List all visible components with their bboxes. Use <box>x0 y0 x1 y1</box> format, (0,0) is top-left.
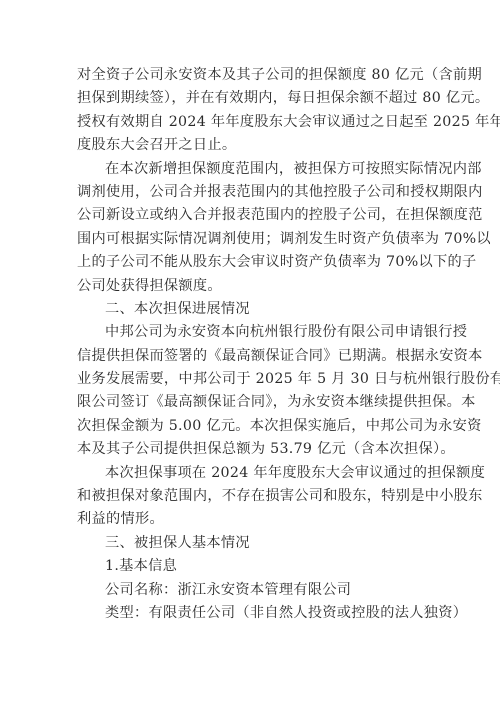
text-line: 担保到期续签），并在有效期内，每日担保余额不超过 80 亿元。 <box>77 87 424 110</box>
text-line: 调剂使用，公司合并报表范围内的其他控股子公司和授权期限内 <box>77 181 424 204</box>
paragraph-compliance-statement: 本次担保事项在 2024 年年度股东大会审议通过的担保额度 和被担保对象范围内，… <box>77 462 424 532</box>
paragraph-authorization-scope: 对全资子公司永安资本及其子公司的担保额度 80 亿元（含前期 担保到期续签），并… <box>77 64 424 158</box>
field-company-name: 公司名称：浙江永安资本管理有限公司 <box>77 579 424 602</box>
company-type-text: 类型：有限责任公司（非自然人投资或控股的法人独资） <box>77 602 424 625</box>
subsection-heading: 1.基本信息 <box>77 555 424 578</box>
text-line: 本次担保事项在 2024 年年度股东大会审议通过的担保额度 <box>77 462 424 485</box>
text-line: 在本次新增担保额度范围内，被担保方可按照实际情况内部 <box>77 158 424 181</box>
paragraph-guarantee-progress: 中邦公司为永安资本向杭州银行股份有限公司申请银行授 信提供担保而签署的《最高额保… <box>77 321 424 461</box>
document-page: 对全资子公司永安资本及其子公司的担保额度 80 亿元（含前期 担保到期续签），并… <box>77 64 424 625</box>
text-line: 和被担保对象范围内，不存在损害公司和股东，特别是中小股东 <box>77 485 424 508</box>
text-line: 次担保金额为 5.00 亿元。本次担保实施后，中邦公司为永安资 <box>77 415 424 438</box>
text-line: 利益的情形。 <box>77 508 424 531</box>
paragraph-adjustment-rules: 在本次新增担保额度范围内，被担保方可按照实际情况内部 调剂使用，公司合并报表范围… <box>77 158 424 298</box>
text-line: 度股东大会召开之日止。 <box>77 134 424 157</box>
section-heading: 三、被担保人基本情况 <box>77 532 424 555</box>
section-heading: 二、本次担保进展情况 <box>77 298 424 321</box>
text-line: 授权有效期自 2024 年年度股东大会审议通过之日起至 2025 年年 <box>77 111 424 134</box>
section-heading-guarantee-progress: 二、本次担保进展情况 <box>77 298 424 321</box>
text-line: 对全资子公司永安资本及其子公司的担保额度 80 亿元（含前期 <box>77 64 424 87</box>
text-line: 信提供担保而签署的《最高额保证合同》已期满。根据永安资本 <box>77 345 424 368</box>
company-name-text: 公司名称：浙江永安资本管理有限公司 <box>77 579 424 602</box>
field-company-type: 类型：有限责任公司（非自然人投资或控股的法人独资） <box>77 602 424 625</box>
text-line: 本及其子公司提供担保总额为 53.79 亿元（含本次担保）。 <box>77 438 424 461</box>
text-line: 中邦公司为永安资本向杭州银行股份有限公司申请银行授 <box>77 321 424 344</box>
text-line: 限公司签订《最高额保证合同》，为永安资本继续提供担保。本 <box>77 391 424 414</box>
text-line: 业务发展需要，中邦公司于 2025 年 5 月 30 日与杭州银行股份有 <box>77 368 424 391</box>
text-line: 公司处获得担保额度。 <box>77 275 424 298</box>
text-line: 围内可根据实际情况调剂使用；调剂发生时资产负债率为 70%以 <box>77 228 424 251</box>
text-line: 上的子公司不能从股东大会审议时资产负债率为 70%以下的子 <box>77 251 424 274</box>
text-line: 公司新设立或纳入合并报表范围内的控股子公司，在担保额度范 <box>77 204 424 227</box>
subsection-heading-basic-info: 1.基本信息 <box>77 555 424 578</box>
section-heading-guaranteed-party: 三、被担保人基本情况 <box>77 532 424 555</box>
